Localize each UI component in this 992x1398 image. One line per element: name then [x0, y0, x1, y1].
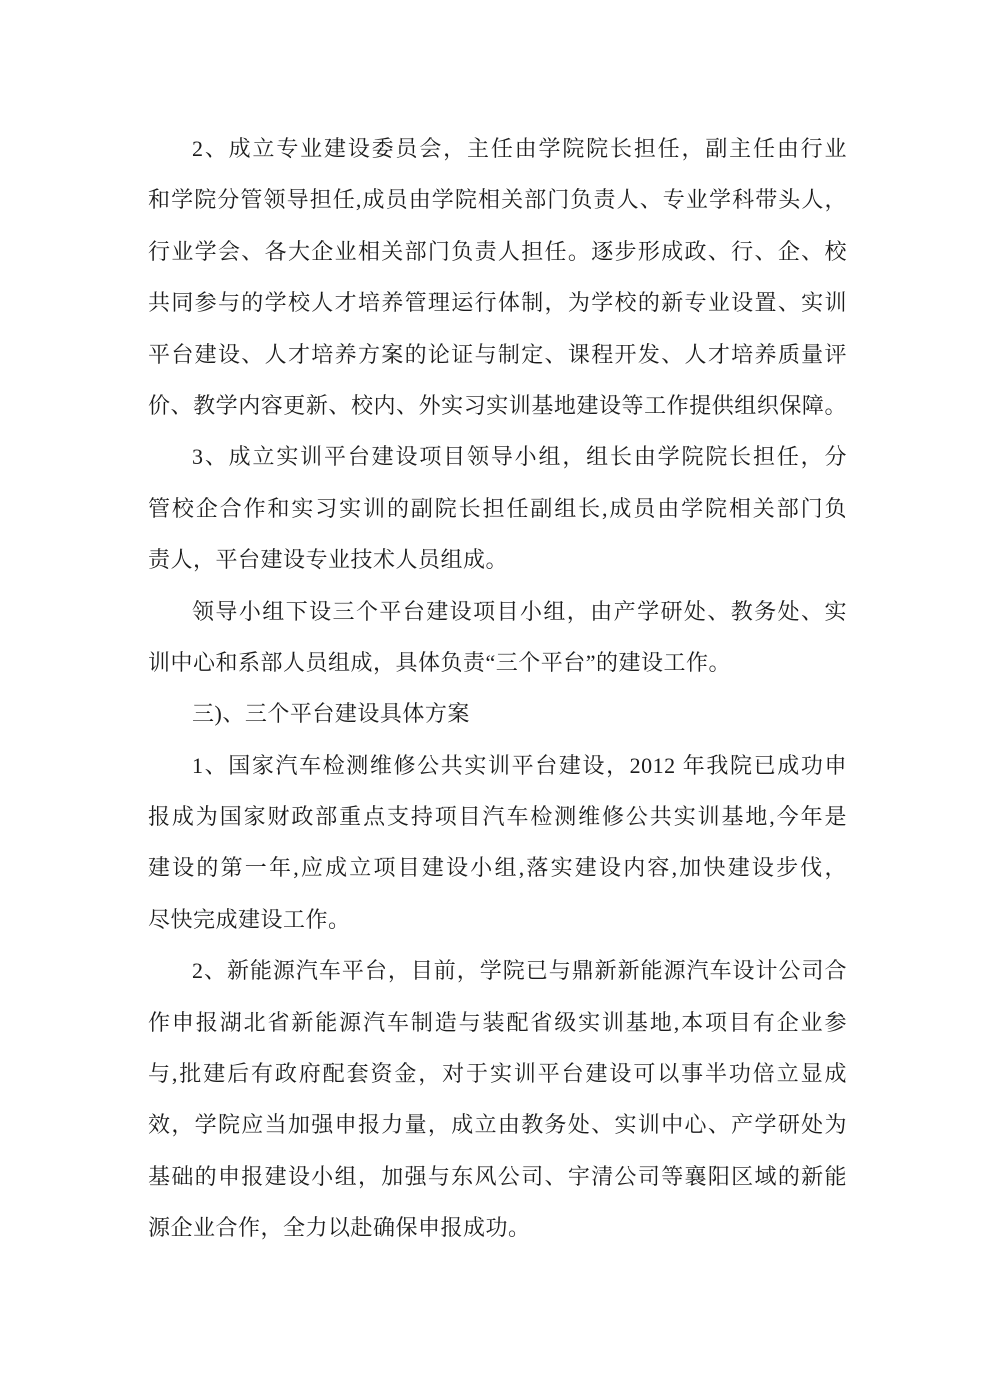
text-line: 价、教学内容更新、校内、外实习实训基地建设等工作提供组织保障。	[148, 380, 847, 431]
text-line: 2、新能源汽车平台，目前，学院已与鼎新新能源汽车设计公司合	[148, 945, 847, 996]
text-line: 三)、三个平台建设具体方案	[148, 688, 847, 739]
text-line: 作申报湖北省新能源汽车制造与装配省级实训基地,本项目有企业参	[148, 997, 847, 1048]
text-line: 平台建设、人才培养方案的论证与制定、课程开发、人才培养质量评	[148, 329, 847, 380]
text-line: 源企业合作，全力以赴确保申报成功。	[148, 1202, 847, 1253]
text-line: 2、成立专业建设委员会，主任由学院院长担任，副主任由行业	[148, 123, 847, 174]
document-page: 2、成立专业建设委员会，主任由学院院长担任，副主任由行业 和学院分管领导担任,成…	[0, 0, 992, 1398]
text-line: 领导小组下设三个平台建设项目小组，由产学研处、教务处、实	[148, 586, 847, 637]
text-line: 尽快完成建设工作。	[148, 894, 847, 945]
text-line: 管校企合作和实习实训的副院长担任副组长,成员由学院相关部门负	[148, 483, 847, 534]
text-line: 共同参与的学校人才培养管理运行体制，为学校的新专业设置、实训	[148, 277, 847, 328]
text-line: 和学院分管领导担任,成员由学院相关部门负责人、专业学科带头人，	[148, 174, 847, 225]
text-line: 报成为国家财政部重点支持项目汽车检测维修公共实训基地,今年是	[148, 791, 847, 842]
text-line: 效，学院应当加强申报力量，成立由教务处、实训中心、产学研处为	[148, 1099, 847, 1150]
text-line: 训中心和系部人员组成，具体负责“三个平台”的建设工作。	[148, 637, 847, 688]
text-line: 基础的申报建设小组，加强与东风公司、宇清公司等襄阳区域的新能	[148, 1151, 847, 1202]
document-body: 2、成立专业建设委员会，主任由学院院长担任，副主任由行业 和学院分管领导担任,成…	[148, 123, 847, 1254]
text-line: 1、国家汽车检测维修公共实训平台建设，2012 年我院已成功申	[148, 740, 847, 791]
text-line: 行业学会、各大企业相关部门负责人担任。逐步形成政、行、企、校	[148, 226, 847, 277]
text-line: 3、成立实训平台建设项目领导小组，组长由学院院长担任，分	[148, 431, 847, 482]
text-line: 责人，平台建设专业技术人员组成。	[148, 534, 847, 585]
text-line: 与,批建后有政府配套资金，对于实训平台建设可以事半功倍立显成	[148, 1048, 847, 1099]
text-line: 建设的第一年,应成立项目建设小组,落实建设内容,加快建设步伐，	[148, 842, 847, 893]
